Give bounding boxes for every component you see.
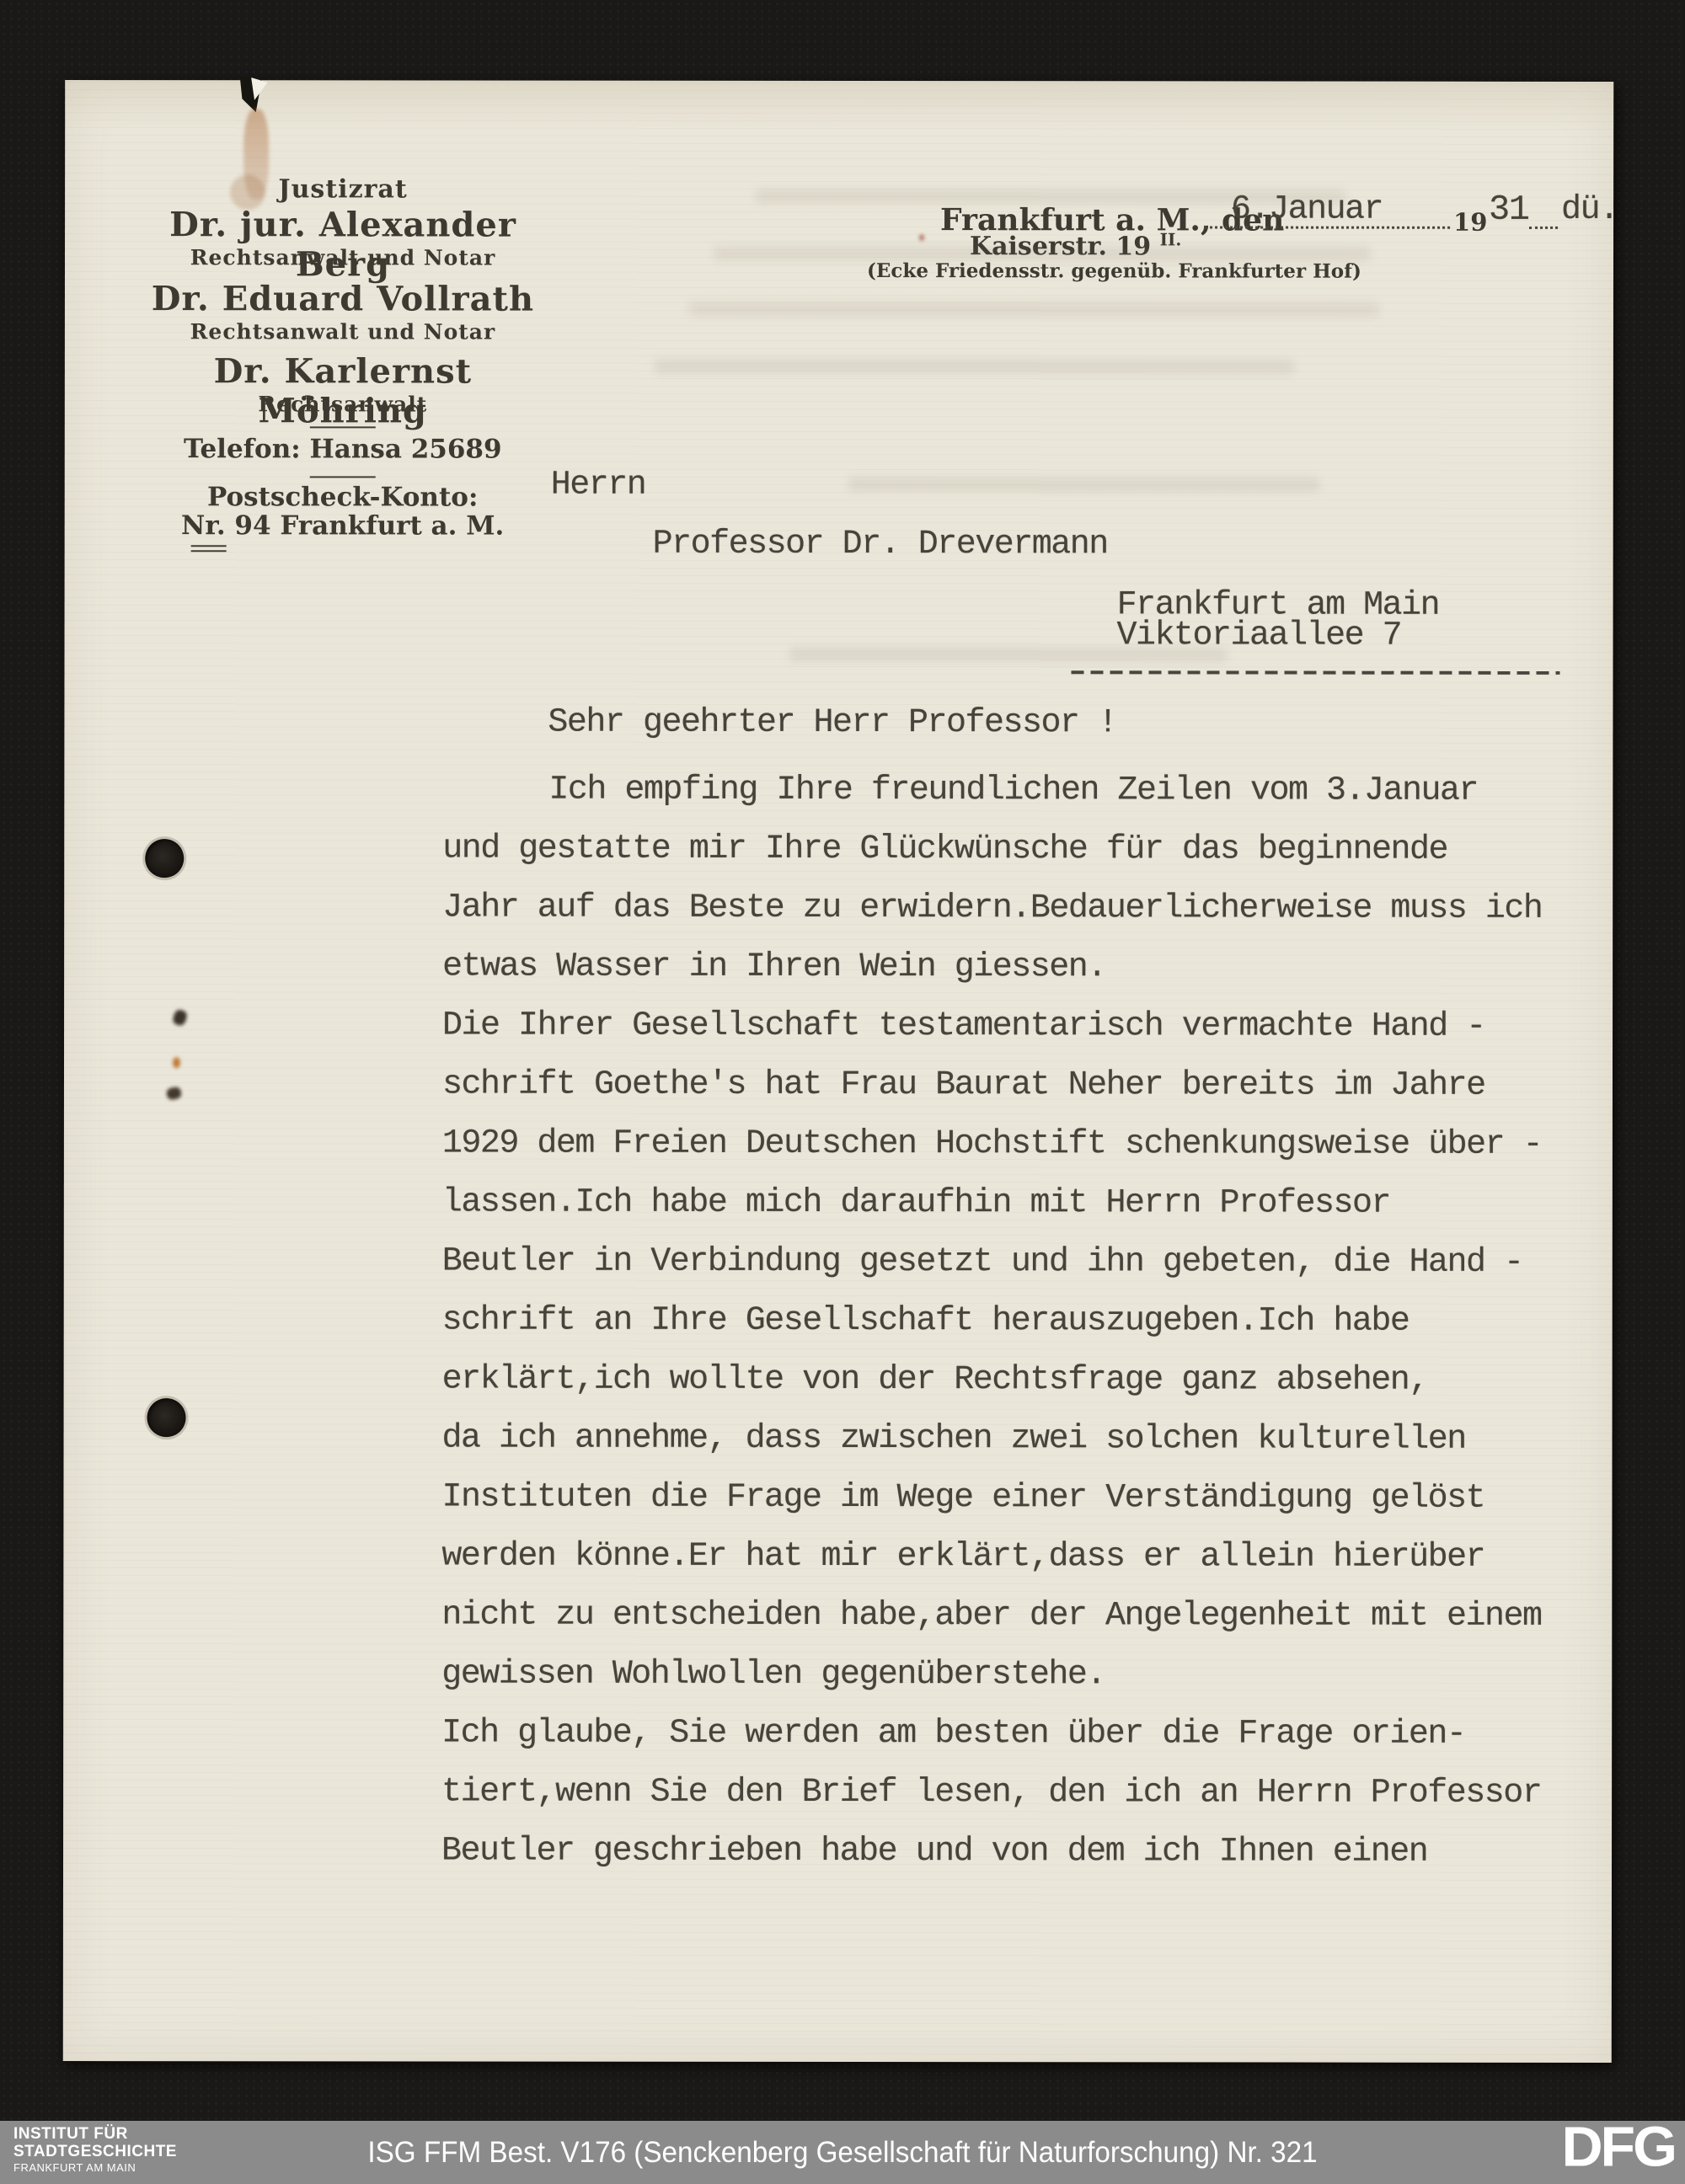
body-line: erklärt,ich wollte von der Rechtsfrage g… (442, 1351, 1542, 1411)
isg-logo: INSTITUT FÜR STADTGESCHICHTE FRANKFURT A… (13, 2126, 177, 2174)
letterhead-postscheck-label: Postscheck-Konto: (124, 482, 562, 513)
letterhead-divider-2 (310, 476, 376, 478)
archive-caption: ISG FFM Best. V176 (Senckenberg Gesellsc… (42, 2121, 1643, 2184)
greeting: Sehr geehrter Herr Professor ! (548, 704, 1116, 743)
body-line: etwas Wasser in Ihren Wein giessen. (442, 938, 1542, 998)
letterhead-role-1: Rechtsanwalt und Notar (124, 245, 562, 270)
body-line: Ich empfing Ihre freundlichen Zeilen vom… (442, 761, 1542, 821)
bleed-through-line (848, 477, 1320, 493)
red-speck (919, 234, 924, 241)
dateline-typed-year: 31 (1489, 190, 1528, 230)
body-line: 1929 dem Freien Deutschen Hochstift sche… (442, 1115, 1542, 1175)
body-line: Beutler geschrieben habe und von dem ich… (441, 1823, 1541, 1882)
body-line: lassen.Ich habe mich daraufhin mit Herrn… (442, 1174, 1542, 1234)
letterhead-telefon: Telefon: Hansa 25689 (124, 434, 562, 465)
bleed-through-line (688, 302, 1379, 318)
rust-stain-blob (230, 174, 265, 210)
recipient-salutation: Herrn (551, 467, 646, 505)
punch-hole-bottom (147, 1398, 186, 1437)
recipient-name: Professor Dr. Drevermann (653, 526, 1108, 564)
dateline-typed-suffix: dü. (1561, 191, 1618, 229)
body-line: tiert,wenn Sie den Brief lesen, den ich … (441, 1764, 1541, 1824)
isg-logo-line2: STADTGESCHICHTE (13, 2144, 177, 2161)
bleed-through-line (789, 647, 1228, 663)
letter-body: Ich empfing Ihre freundlichen Zeilen vom… (441, 761, 1543, 1882)
body-line: Jahr auf das Beste zu erwidern.Bedauerli… (442, 879, 1542, 939)
body-line: da ich annehme, dass zwischen zwei solch… (442, 1410, 1542, 1470)
bleed-through-line (655, 359, 1295, 375)
recipient-dashed-underline (1071, 670, 1559, 675)
body-line: Instituten die Frage im Wege einer Verst… (441, 1469, 1541, 1529)
bleed-through-line (756, 189, 1345, 205)
bleed-through-line (714, 246, 1371, 262)
letterhead-role-3: Rechtsanwalt (124, 392, 562, 417)
dateline-dotted-rule-2 (1529, 227, 1558, 229)
body-line: nicht zu entscheiden habe,aber der Angel… (441, 1587, 1541, 1647)
body-line: schrift an Ihre Gesellschaft herauszugeb… (442, 1292, 1542, 1352)
body-line: und gestatte mir Ihre Glückwünsche für d… (442, 820, 1542, 880)
letterhead-role-2: Rechtsanwalt und Notar (124, 319, 562, 344)
letterhead-location-note: (Ecke Friedensstr. gegenüb. Frankfurter … (867, 259, 1361, 283)
ink-speck (172, 1008, 189, 1027)
body-line: Beutler in Verbindung gesetzt und ihn ge… (442, 1233, 1542, 1293)
letter-paper: Justizrat Dr. jur. Alexander Berg Rechts… (63, 80, 1613, 2063)
letterhead-divider (310, 426, 376, 428)
ink-speck-2 (166, 1087, 183, 1101)
isg-logo-line1: INSTITUT FÜR (13, 2126, 177, 2144)
body-line: Die Ihrer Gesellschaft testamentarisch v… (442, 997, 1542, 1057)
rust-speck (173, 1057, 180, 1068)
letterhead-underline-2 (191, 550, 227, 552)
body-line: werden könne.Er hat mir erklärt,dass er … (441, 1528, 1541, 1588)
body-line: Ich glaube, Sie werden am besten über di… (441, 1705, 1541, 1765)
scanned-letter-page: Justizrat Dr. jur. Alexander Berg Rechts… (0, 0, 1685, 2184)
letterhead-underline (191, 545, 227, 547)
letterhead-postscheck-value: Nr. 94 Frankfurt a. M. (124, 510, 562, 542)
isg-logo-line3: FRANKFURT AM MAIN (13, 2162, 177, 2174)
dfg-logo: DFG (1561, 2115, 1675, 2179)
body-line: schrift Goethe's hat Frau Baurat Neher b… (442, 1056, 1542, 1116)
archive-footer-bar: ISG FFM Best. V176 (Senckenberg Gesellsc… (0, 2121, 1685, 2184)
letterhead-title: Justizrat (124, 174, 562, 205)
dateline-year-prefix: 19 (1453, 208, 1487, 237)
letterhead-name-vollrath: Dr. Eduard Vollrath (124, 279, 562, 319)
body-line: gewissen Wohlwollen gegenüberstehe. (441, 1646, 1541, 1706)
punch-hole-top (145, 839, 184, 878)
